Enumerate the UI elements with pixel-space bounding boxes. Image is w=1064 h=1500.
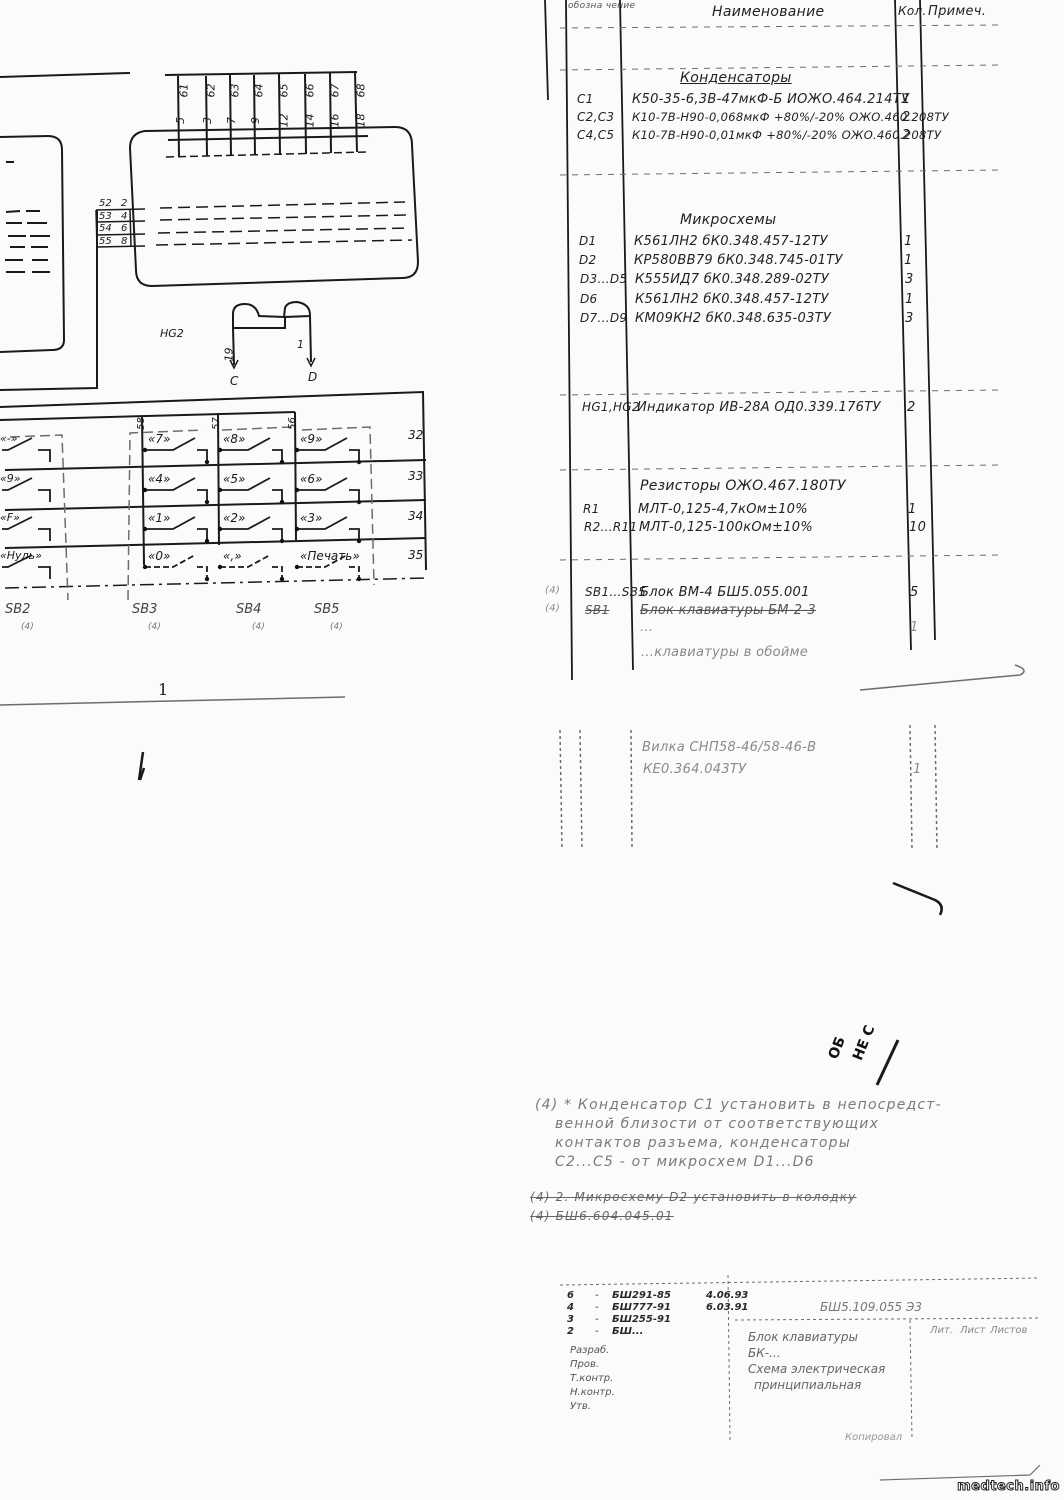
- parts-qty: 1: [908, 502, 917, 517]
- revision-dash: -: [595, 1326, 599, 1337]
- row-net-label: 32: [408, 428, 423, 442]
- hg2-ref: HG2: [160, 327, 184, 340]
- top-bus-line: [0, 73, 130, 77]
- row-net-label: 33: [408, 469, 423, 483]
- revision-doc: БШ777-91: [612, 1302, 671, 1313]
- parts-ref: R1: [583, 502, 600, 516]
- parts-name: К50-35-6,3В-47мкФ-Б ИОЖО.464.214ТУ: [632, 92, 909, 107]
- key-label-partial: «-»: [0, 432, 18, 445]
- parts-ref: C1: [577, 92, 594, 106]
- column-net-label: 57: [211, 417, 222, 430]
- parts-name: К10-7В-Н90-0,01мкФ +80%/-20% ОЖО.460.208…: [632, 128, 941, 142]
- stamp-bracket: [893, 883, 942, 915]
- key-label: «6»: [300, 472, 322, 486]
- sheet-rule: [0, 697, 345, 705]
- parts-name: КЕ0.364.043ТУ: [643, 762, 746, 777]
- key-label: «7»: [148, 432, 170, 446]
- parts-name: К561ЛН2 бК0.348.457-12ТУ: [635, 292, 829, 307]
- role-label: Разраб.: [570, 1345, 609, 1356]
- parts-qty: 1: [904, 234, 913, 249]
- side-pin-net: 53: [99, 211, 112, 222]
- top-pin-net: 67: [329, 84, 342, 98]
- side-pin-number: 4: [121, 211, 127, 222]
- parts-group-title: Резисторы ОЖО.467.180ТУ: [640, 478, 846, 494]
- key-label: «2»: [223, 511, 245, 525]
- parts-name: Блок ВМ-4 БШ5.055.001: [640, 585, 810, 600]
- top-pin-number: 7: [225, 117, 238, 124]
- parts-name: ...клавиатуры в обойме: [641, 645, 808, 660]
- parts-ref: C2,C3: [577, 110, 614, 124]
- parts-ref: D3...D5: [580, 272, 627, 286]
- parts-qty: 3: [905, 272, 914, 287]
- top-pin-net: 61: [178, 84, 191, 98]
- parts-ref: D6: [580, 292, 597, 306]
- revision-doc: БШ...: [612, 1326, 643, 1337]
- parts-name: МЛТ-0,125-4,7кОм±10%: [638, 502, 808, 517]
- revision-mark: (4): [545, 603, 560, 614]
- parts-ref: R2...R11: [584, 520, 637, 534]
- side-pin-net: 52: [99, 198, 112, 209]
- revision-date: 4.06.93: [706, 1290, 748, 1301]
- side-pin-number: 6: [121, 223, 127, 234]
- parts-name: ...: [640, 620, 653, 635]
- parts-qty: 1: [913, 762, 922, 777]
- top-pin-net: 63: [229, 84, 242, 98]
- block-mark: (4): [21, 622, 34, 632]
- top-pin-net: 62: [205, 84, 218, 98]
- hg2-filament: [233, 302, 310, 328]
- parts-ref: D2: [579, 253, 596, 267]
- parts-ref: C4,C5: [577, 128, 614, 142]
- torn-edge: [860, 665, 1024, 690]
- side-pin-number: 2: [121, 198, 127, 209]
- header-name: Наименование: [712, 4, 824, 20]
- key-label: «9»: [300, 432, 322, 446]
- column-bus: [0, 412, 295, 420]
- note-struck-line: (4) 2. Микросхему D2 установить в колодк…: [530, 1190, 857, 1204]
- role-label: Н.контр.: [570, 1387, 615, 1398]
- note-line: (4) * Конденсатор С1 установить в непоср…: [535, 1097, 942, 1113]
- key-label: «5»: [223, 472, 245, 486]
- parts-name: КМ09КН2 бК0.348.635-03ТУ: [635, 311, 831, 326]
- title-line: Схема электрическая: [748, 1362, 885, 1376]
- key-label: «,»: [223, 549, 242, 563]
- parts-group-title: Конденсаторы: [680, 70, 792, 86]
- key-label: «3»: [300, 511, 322, 525]
- revision-dash: -: [595, 1314, 599, 1325]
- lead-arrows: [230, 358, 315, 368]
- header-note: Примеч.: [928, 4, 986, 19]
- parts-name: Блок клавиатуры БМ-2-3: [640, 603, 816, 618]
- column-net-label: 56: [287, 417, 298, 430]
- sheet-marker: 1: [158, 680, 168, 699]
- key-label-partial: «F»: [0, 511, 20, 524]
- top-pin-net: 68: [355, 84, 368, 98]
- parts-qty: 1: [910, 620, 919, 635]
- key-label: «4»: [148, 472, 170, 486]
- lead-label-d: D: [308, 370, 317, 384]
- key-label: «1»: [148, 511, 170, 525]
- top-pin-number: 16: [329, 114, 342, 128]
- keypad-rows: [5, 460, 426, 548]
- hg1-outline: [0, 136, 64, 352]
- note-line: венной близости от соответствующих: [555, 1116, 879, 1132]
- sheet-label: Лист: [960, 1325, 985, 1336]
- lead-label-c: C: [230, 374, 238, 388]
- block-ref: SB5: [314, 602, 339, 617]
- parts-qty: 10: [909, 520, 926, 535]
- role-label: Т.контр.: [570, 1373, 613, 1384]
- parts-name: Вилка СНП58-46/58-46-В: [642, 740, 816, 755]
- key-label-partial: «9»: [0, 472, 21, 485]
- top-pin-number: 18: [355, 114, 368, 128]
- row-net-label: 35: [408, 548, 423, 562]
- parts-qty: 1: [904, 253, 913, 268]
- note-line: контактов разъема, конденсаторы: [555, 1135, 851, 1151]
- hg2-pin-1: 1: [297, 338, 304, 351]
- row-35: [5, 578, 428, 588]
- revision-date: 6.03.91: [706, 1302, 748, 1313]
- hg1-segments: [5, 162, 50, 272]
- revision-number: 6: [567, 1290, 574, 1301]
- revision-doc: БШ255-91: [612, 1314, 671, 1325]
- title-line: Блок клавиатуры: [748, 1330, 858, 1344]
- side-pin-net: 54: [99, 223, 112, 234]
- top-pin-number: 3: [201, 117, 214, 124]
- revision-number: 4: [567, 1302, 574, 1313]
- key-label: «8»: [223, 432, 245, 446]
- top-pin-number: 9: [249, 117, 262, 124]
- parts-ref: D1: [579, 234, 596, 248]
- column-net-label: 58: [136, 417, 147, 430]
- top-pin-net: 64: [253, 84, 266, 98]
- top-pin-net: 65: [278, 84, 291, 98]
- revision-dash: -: [595, 1290, 599, 1301]
- note-struck-line: (4) БШ6.604.045.01: [530, 1209, 674, 1223]
- parts-qty: 5: [910, 585, 919, 600]
- role-label: Пров.: [570, 1359, 599, 1370]
- title-line: принципиальная: [754, 1378, 861, 1392]
- revision-dash: -: [595, 1302, 599, 1313]
- header-pos: обозна чение: [568, 1, 635, 11]
- schematic-drawing: [0, 0, 1064, 1500]
- role-label: Утв.: [570, 1401, 591, 1412]
- designation: БШ5.109.055 Э3: [820, 1300, 922, 1314]
- parts-qty: 2: [907, 400, 916, 415]
- key-label: «Печать»: [300, 549, 360, 563]
- title-line: БК-...: [748, 1346, 781, 1360]
- parts-name: КР580ВВ79 бК0.348.745-01ТУ: [634, 253, 843, 268]
- hg2-grid-lines: [156, 202, 412, 245]
- revision-mark: (4): [545, 585, 560, 596]
- parts-ref: SB1...SB5: [585, 585, 646, 599]
- parts-qty: 1: [905, 292, 914, 307]
- block-ref: SB4: [236, 602, 261, 617]
- parts-group-title: Микросхемы: [680, 212, 776, 228]
- top-pin-number: 12: [278, 114, 291, 128]
- note-line: С2...С5 - от микросхем D1...D6: [555, 1154, 815, 1170]
- key-label: «0»: [148, 549, 170, 563]
- parts-ref: D7...D9: [580, 311, 627, 325]
- parts-qty: 2: [902, 110, 911, 125]
- revision-doc: БШ291-85: [612, 1290, 671, 1301]
- parts-name: К561ЛН2 бК0.348.457-12ТУ: [634, 234, 828, 249]
- hg2-outline: [130, 127, 418, 286]
- parts-qty: 2: [902, 128, 911, 143]
- parts-qty: 1: [902, 92, 911, 107]
- header-qty: Кол.: [898, 4, 927, 18]
- block-mark: (4): [252, 622, 265, 632]
- sheets-label: Листов: [990, 1325, 1027, 1336]
- top-pin-net: 66: [304, 84, 317, 98]
- lit-label: Лит.: [930, 1325, 953, 1336]
- revision-number: 2: [567, 1326, 574, 1337]
- hg2-top-dash: [166, 152, 366, 157]
- parts-ref: HG1,HG2: [582, 400, 640, 414]
- side-pin-net: 55: [99, 236, 112, 247]
- block-ref: SB2: [5, 602, 30, 617]
- stamp-underline: [877, 1040, 898, 1085]
- parts-name: Индикатор ИВ-28А ОД0.339.176ТУ: [637, 400, 881, 415]
- copy-label: Копировал: [845, 1432, 902, 1443]
- block-mark: (4): [330, 622, 343, 632]
- watermark: medtech.info: [957, 1479, 1060, 1494]
- edge-line: [880, 1465, 1040, 1480]
- parts-name: МЛТ-0,125-100кОм±10%: [639, 520, 813, 535]
- parts-ref: SB1: [585, 603, 609, 617]
- top-pin-number: 5: [174, 117, 187, 124]
- side-pin-number: 8: [121, 236, 127, 247]
- row-net-label: 34: [408, 509, 423, 523]
- revision-number: 3: [567, 1314, 574, 1325]
- key-label-partial: «Нуль»: [0, 549, 42, 562]
- top-pin-number: 14: [304, 114, 317, 128]
- parts-qty: 3: [905, 311, 914, 326]
- hg2-pin-19: 19: [223, 348, 236, 362]
- parts-name: К555ИД7 бК0.348.289-02ТУ: [635, 272, 829, 287]
- block-ref: SB3: [132, 602, 157, 617]
- block-mark: (4): [148, 622, 161, 632]
